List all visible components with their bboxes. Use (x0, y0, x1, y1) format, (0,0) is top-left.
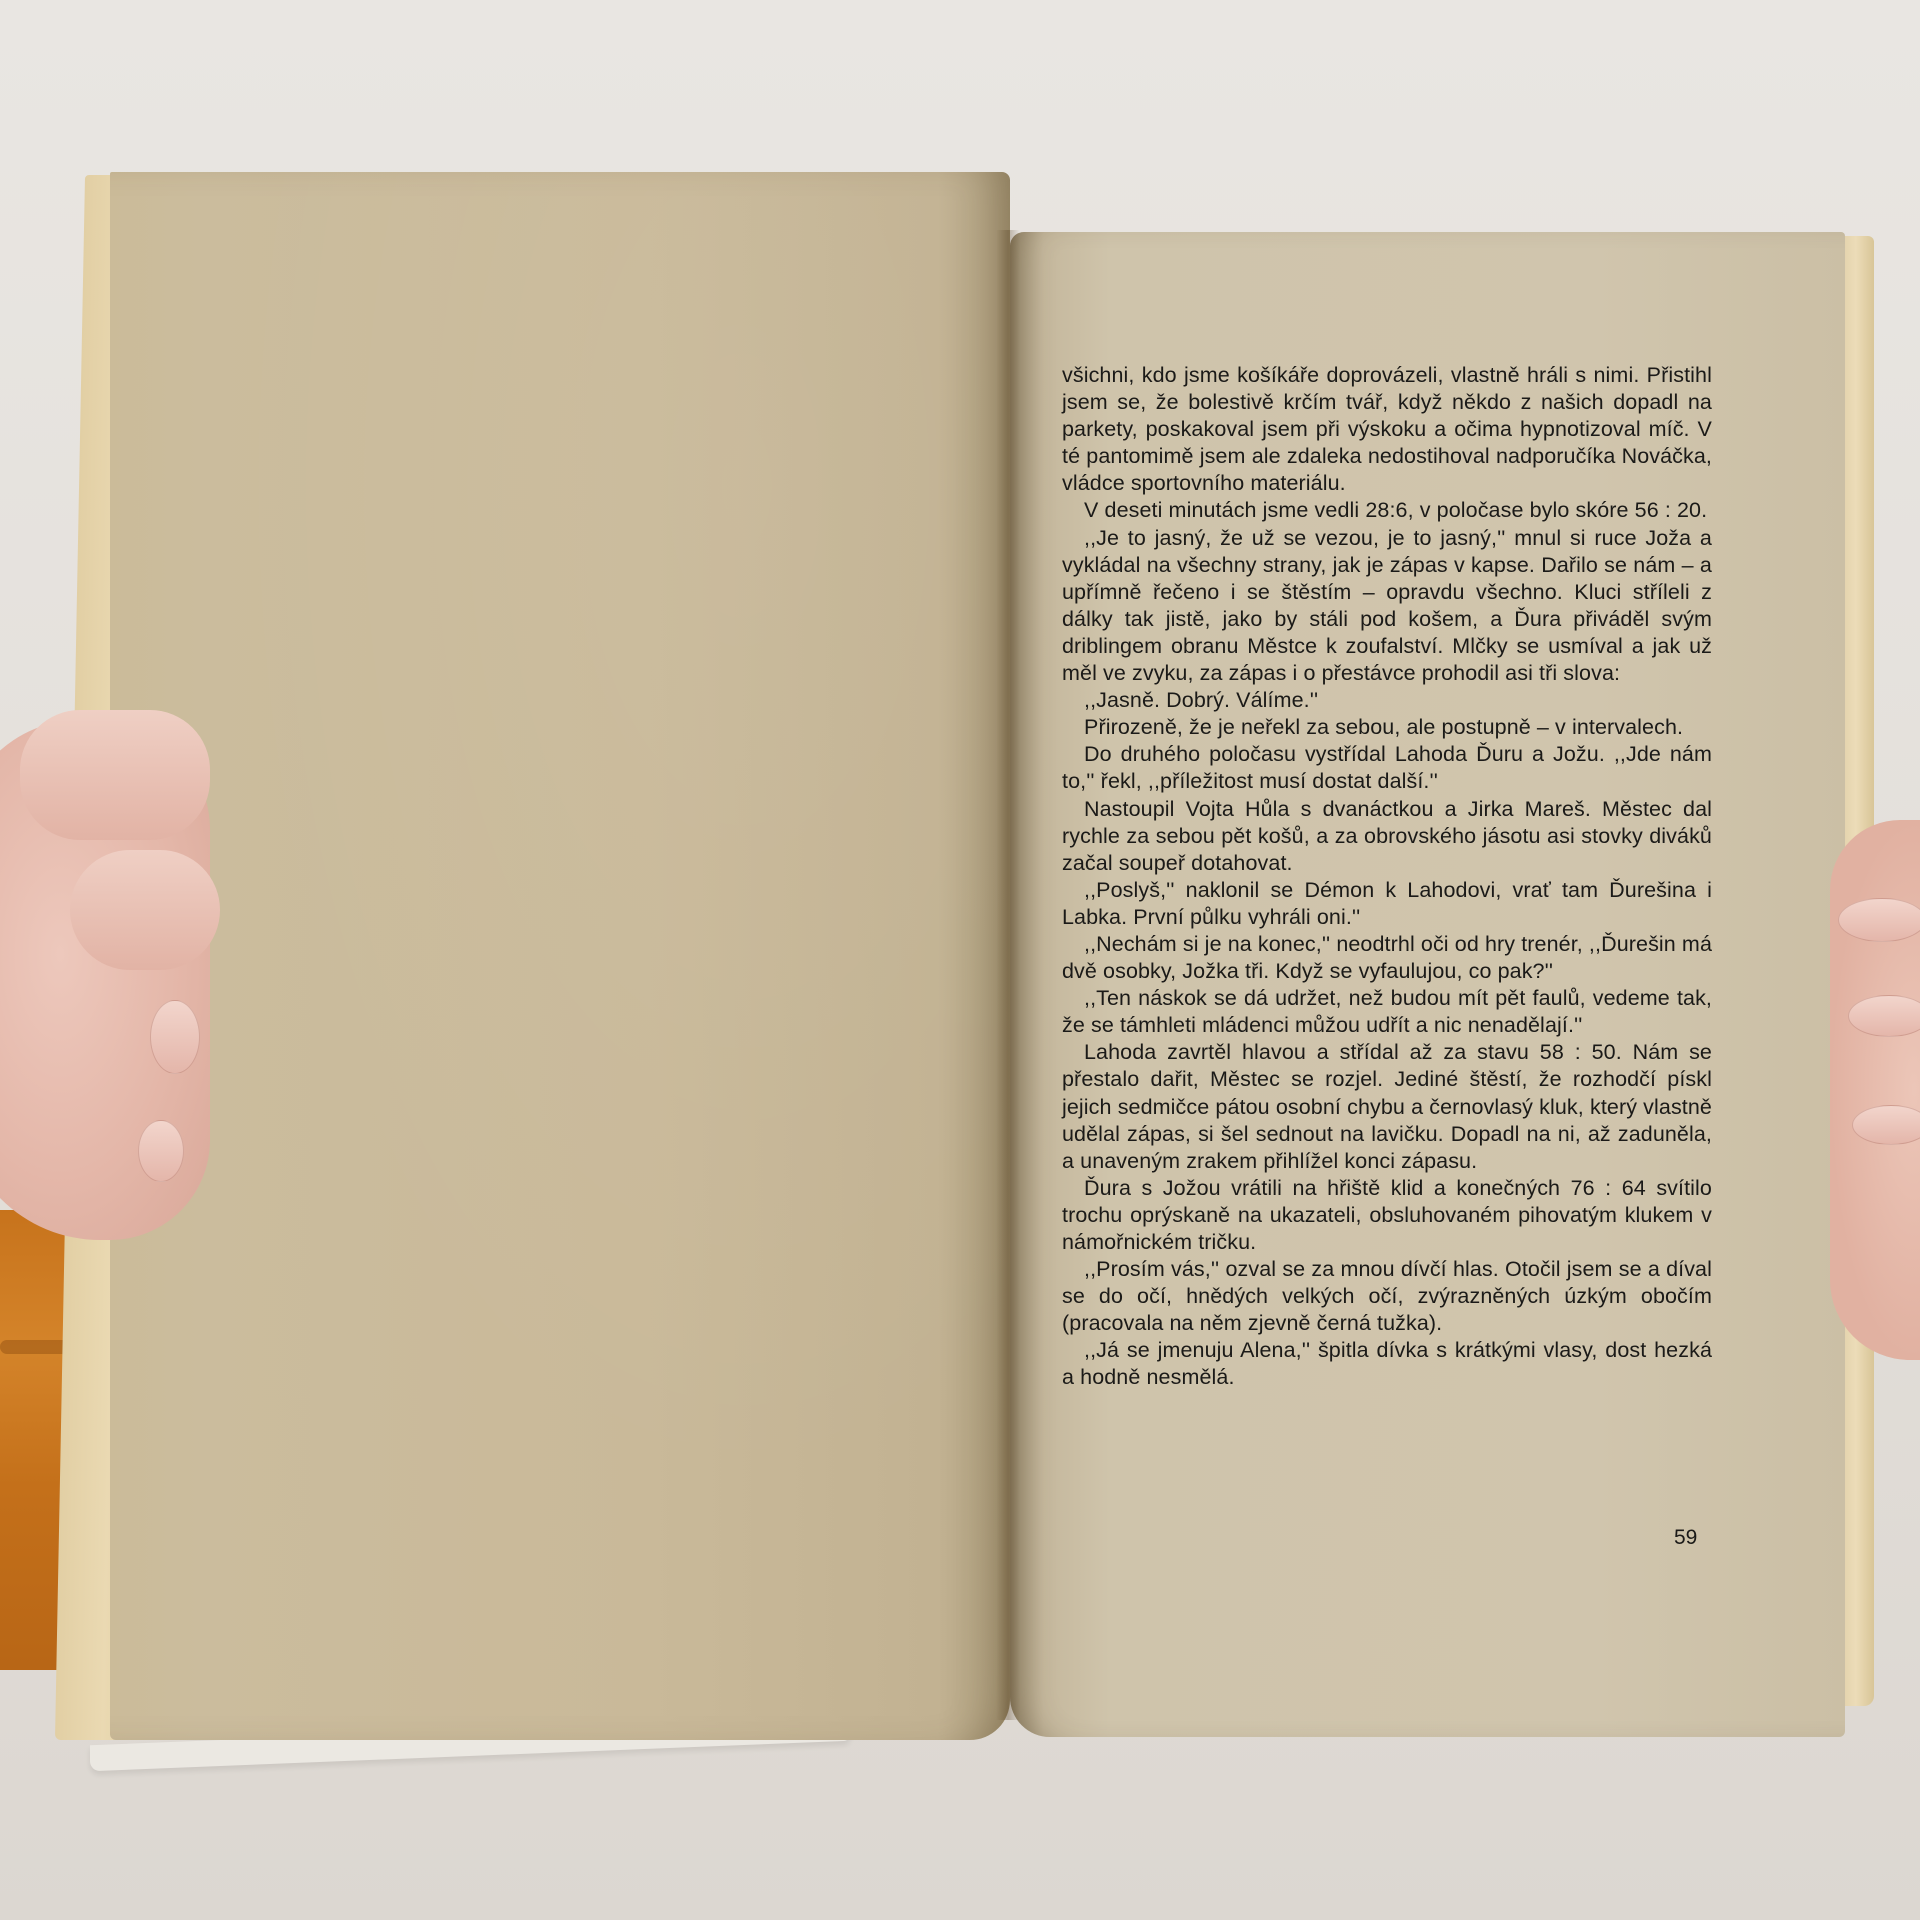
paragraph: ,,Nechám si je na konec,'' neodtrhl oči … (1062, 931, 1712, 985)
right-hand-fingernail (1852, 1105, 1920, 1145)
paragraph: všichni, kdo jsme košíkáře doprovázeli, … (1062, 362, 1712, 497)
paragraph: Lahoda zavrtěl hlavou a střídal až za st… (1062, 1039, 1712, 1174)
paragraph: V deseti minutách jsme vedli 28:6, v pol… (1062, 497, 1712, 524)
paragraph: ,,Já se jmenuju Alena,'' špitla dívka s … (1062, 1337, 1712, 1391)
paragraph: ,,Jasně. Dobrý. Válíme.'' (1062, 687, 1712, 714)
left-page-blank (110, 172, 1010, 1740)
paragraph: ,,Je to jasný, že už se vezou, je to jas… (1062, 525, 1712, 688)
book-gutter (996, 230, 1020, 1720)
page-number: 59 (1674, 1526, 1697, 1550)
right-hand-fingernail (1848, 995, 1920, 1037)
page-text: všichni, kdo jsme košíkáře doprovázeli, … (1062, 362, 1712, 1392)
left-hand-fingernail (150, 1000, 200, 1074)
left-hand-finger (20, 710, 210, 840)
paragraph: ,,Ten náskok se dá udržet, než budou mít… (1062, 985, 1712, 1039)
left-hand-finger (70, 850, 220, 970)
left-hand-fingernail (138, 1120, 184, 1182)
paragraph: Ďura s Jožou vrátili na hřiště klid a ko… (1062, 1175, 1712, 1256)
paragraph: Přirozeně, že je neřekl za sebou, ale po… (1062, 714, 1712, 741)
paragraph: ,,Poslyš,'' naklonil se Démon k Lahodovi… (1062, 877, 1712, 931)
right-hand-fingernail (1838, 898, 1920, 942)
paragraph: Do druhého poločasu vystřídal Lahoda Ďur… (1062, 741, 1712, 795)
left-hand (0, 720, 210, 1240)
paragraph: Nastoupil Vojta Hůla s dvanáctkou a Jirk… (1062, 796, 1712, 877)
paragraph: ,,Prosím vás,'' ozval se za mnou dívčí h… (1062, 1256, 1712, 1337)
right-hand (1830, 820, 1920, 1360)
